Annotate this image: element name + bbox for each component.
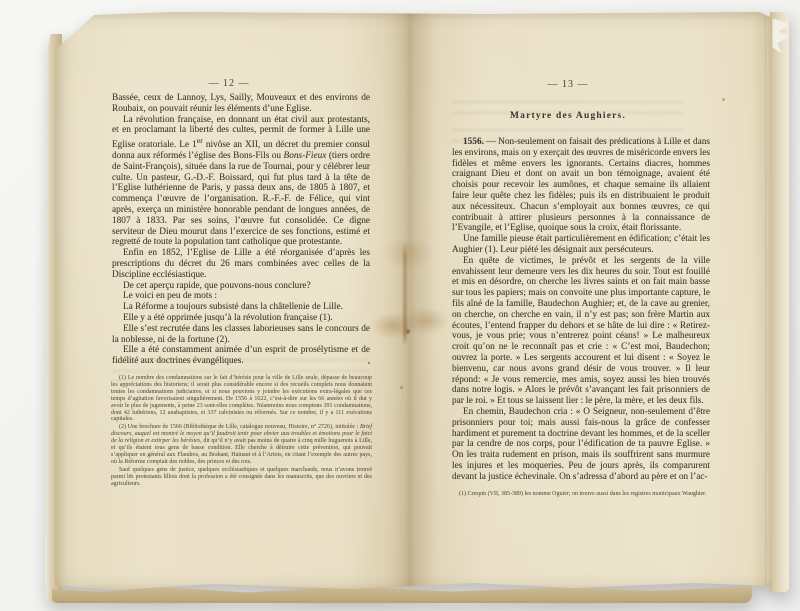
footnote: (1) Crespin (VII, 385-389) les nomme Ogu… <box>451 491 712 498</box>
page-number-left: — 12 — <box>112 78 346 89</box>
page-number-right: — 13 — <box>452 79 684 90</box>
page-edge-bottom <box>52 585 752 603</box>
paragraph: Bassée, ceux de Lannoy, Lys, Sailly, Mou… <box>112 93 370 115</box>
footnote: (1) Le nombre des condamnations sur le f… <box>111 375 372 423</box>
footnote: Sauf quelques gens de justice, quelques … <box>111 467 372 488</box>
footnotes-left: (1) Le nombre des condamnations sur le f… <box>111 375 372 489</box>
footnotes-right: (1) Crespin (VII, 385-389) les nomme Ogu… <box>451 491 712 499</box>
paragraph: Elle a été constamment animée d’un espri… <box>112 345 370 367</box>
paragraph: Elle y a été opprimée jusqu’à la révolut… <box>112 313 370 324</box>
paragraph: Le voici en peu de mots : <box>112 291 370 302</box>
foxing-speck <box>400 386 403 389</box>
foxing-speck <box>406 329 410 334</box>
foxing-speck <box>722 98 725 101</box>
paragraph: Elle s’est recrutée dans les classes lab… <box>112 324 370 346</box>
paragraph: Enfin en 1852, l’Eglise de Lille a été r… <box>112 248 370 280</box>
section-heading: Martyre des Aughiers. <box>452 111 684 121</box>
paragraph: De cet aperçu rapide, que pouvons-nous c… <box>112 281 370 292</box>
paragraph: Une famille pieuse était particulièremen… <box>452 234 710 256</box>
paragraph: En chemin, Baudechon cria : « O Seigneur… <box>452 407 710 483</box>
paragraph: En quête de victimes, le prévôt et les s… <box>452 256 710 407</box>
paragraph: La révolution française, en donnant un é… <box>112 115 370 249</box>
page-spread: — 12 — Bassée, ceux de Lannoy, Lys, Sail… <box>55 12 772 592</box>
page-edge-right <box>770 12 789 592</box>
gutter-stain-blot <box>371 305 447 341</box>
paragraph: 1556. — Non-seulement on faisait des pré… <box>452 137 710 234</box>
gutter-stain-top <box>383 238 433 268</box>
body-text-left: Bassée, ceux de Lannoy, Lys, Sailly, Mou… <box>112 93 370 367</box>
body-text-right: 1556. — Non-seulement on faisait des pré… <box>452 137 710 483</box>
page-crease <box>765 12 766 592</box>
book-gutter <box>383 12 439 592</box>
paragraph: La Réforme a toujours subsisté dans la c… <box>112 302 370 313</box>
footnote: (2) Une brochure de 1566 (Bibliothèque d… <box>111 424 372 465</box>
photo-background: — 12 — Bassée, ceux de Lannoy, Lys, Sail… <box>0 0 800 611</box>
open-book: — 12 — Bassée, ceux de Lannoy, Lys, Sail… <box>44 10 788 603</box>
